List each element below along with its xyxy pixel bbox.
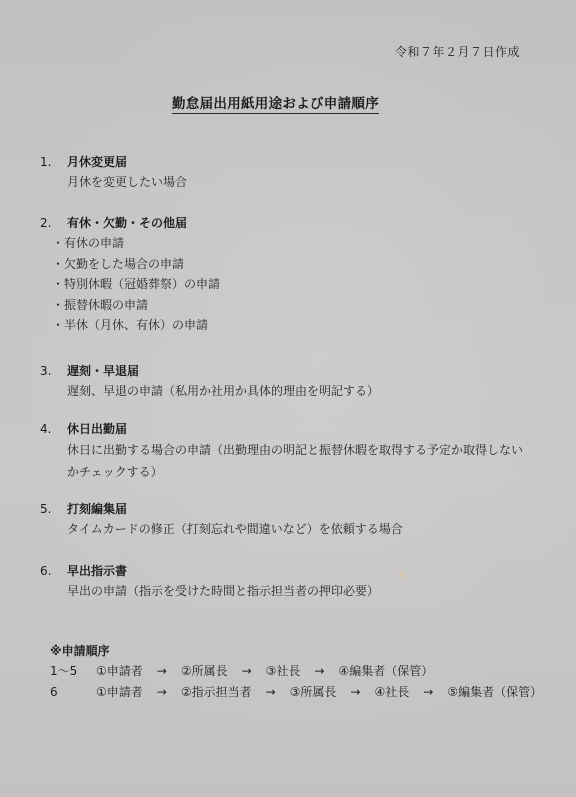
section-body-line: 休日に出勤する場合の申請（出勤理由の明記と振替休暇を取得する予定か取得しない — [67, 439, 523, 461]
section-body: 月休を変更したい場合 — [40, 172, 187, 192]
approval-row-label: 1～5 — [50, 661, 96, 682]
list-item: ・特別休暇（冠婚葬祭）の申請 — [40, 274, 220, 295]
arrow-right-icon: → — [423, 682, 433, 703]
section-title: 月休変更届 — [67, 152, 127, 172]
section-heading: 6. 早出指示書 — [40, 561, 379, 581]
section-heading: 5. 打刻編集届 — [40, 499, 403, 519]
section-title: 休日出勤届 — [67, 419, 127, 439]
approval-order-title: ※申請順序 — [50, 641, 542, 661]
arrow-right-icon: → — [266, 682, 276, 703]
bullet-dot-icon: ・ — [52, 274, 64, 295]
approval-step: ④編集者（保管） — [338, 661, 433, 682]
section-heading: 2. 有休・欠勤・その他届 — [40, 213, 220, 233]
arrow-right-icon: → — [242, 661, 252, 682]
section-heading: 3. 遅刻・早退届 — [40, 361, 379, 381]
list-item-text: 特別休暇（冠婚葬祭）の申請 — [64, 277, 220, 291]
arrow-right-icon: → — [350, 682, 360, 703]
section-number: 1. — [40, 152, 67, 172]
bullet-dot-icon: ・ — [52, 315, 64, 336]
approval-step: ②指示担当者 — [181, 682, 252, 703]
bullet-dot-icon: ・ — [52, 233, 64, 254]
section-6: 6. 早出指示書 早出の申請（指示を受けた時間と指示担当者の押印必要） — [40, 561, 379, 601]
creation-date: 令和７年２月７日作成 — [395, 43, 520, 60]
document-title: 勤怠届出用紙用途および申請順序 — [172, 92, 379, 114]
section-body: タイムカードの修正（打刻忘れや間違いなど）を依頼する場合 — [40, 519, 403, 539]
section-number: 6. — [40, 561, 67, 581]
approval-step: ③社長 — [266, 661, 301, 682]
approval-step: ①申請者 — [96, 682, 143, 703]
document-page: 令和７年２月７日作成 勤怠届出用紙用途および申請順序 1. 月休変更届 月休を変… — [0, 0, 576, 797]
section-title: 打刻編集届 — [67, 499, 127, 519]
section-heading: 1. 月休変更届 — [40, 152, 187, 172]
section-number: 4. — [40, 419, 67, 439]
bullet-list: ・有休の申請 ・欠勤をした場合の申請 ・特別休暇（冠婚葬祭）の申請 ・振替休暇の… — [40, 233, 220, 336]
list-item: ・振替休暇の申請 — [40, 295, 220, 316]
section-body: 遅刻、早退の申請（私用か社用か具体的理由を明記する） — [40, 381, 379, 401]
list-item: ・半休（月休、有休）の申請 — [40, 315, 220, 336]
section-title: 有休・欠勤・その他届 — [67, 213, 187, 233]
list-item-text: 半休（月休、有休）の申請 — [64, 318, 208, 332]
section-number: 3. — [40, 361, 67, 381]
approval-step: ④社長 — [374, 682, 409, 703]
bullet-dot-icon: ・ — [52, 254, 64, 275]
section-2: 2. 有休・欠勤・その他届 ・有休の申請 ・欠勤をした場合の申請 ・特別休暇（冠… — [40, 213, 220, 336]
section-body-line: かチェックする） — [67, 461, 523, 483]
list-item-text: 有休の申請 — [64, 236, 124, 250]
list-item: ・欠勤をした場合の申請 — [40, 254, 220, 275]
arrow-right-icon: → — [157, 661, 167, 682]
approval-row-1-5: 1～5 ①申請者 → ②所属長 → ③社長 → ④編集者（保管） — [50, 661, 542, 682]
approval-row-6: 6 ①申請者 → ②指示担当者 → ③所属長 → ④社長 → ⑤編集者（保管） — [50, 682, 542, 703]
section-heading: 4. 休日出勤届 — [40, 419, 523, 439]
list-item: ・有休の申請 — [40, 233, 220, 254]
section-number: 5. — [40, 499, 67, 519]
approval-row-label: 6 — [50, 682, 96, 703]
section-1: 1. 月休変更届 月休を変更したい場合 — [40, 152, 187, 192]
section-3: 3. 遅刻・早退届 遅刻、早退の申請（私用か社用か具体的理由を明記する） — [40, 361, 379, 401]
section-number: 2. — [40, 213, 67, 233]
paper-smudge — [399, 570, 405, 578]
arrow-right-icon: → — [314, 661, 324, 682]
section-4: 4. 休日出勤届 休日に出勤する場合の申請（出勤理由の明記と振替休暇を取得する予… — [40, 419, 523, 483]
section-title: 遅刻・早退届 — [67, 361, 139, 381]
section-body: 休日に出勤する場合の申請（出勤理由の明記と振替休暇を取得する予定か取得しない か… — [40, 439, 523, 483]
arrow-right-icon: → — [157, 682, 167, 703]
section-title: 早出指示書 — [67, 561, 127, 581]
list-item-text: 振替休暇の申請 — [64, 298, 148, 312]
approval-step: ①申請者 — [96, 661, 143, 682]
list-item-text: 欠勤をした場合の申請 — [64, 257, 184, 271]
approval-order: ※申請順序 1～5 ①申請者 → ②所属長 → ③社長 → ④編集者（保管） 6… — [50, 641, 542, 703]
section-5: 5. 打刻編集届 タイムカードの修正（打刻忘れや間違いなど）を依頼する場合 — [40, 499, 403, 539]
bullet-dot-icon: ・ — [52, 295, 64, 316]
section-body: 早出の申請（指示を受けた時間と指示担当者の押印必要） — [40, 581, 379, 601]
approval-step: ③所属長 — [290, 682, 337, 703]
approval-step: ⑤編集者（保管） — [447, 682, 542, 703]
approval-step: ②所属長 — [181, 661, 228, 682]
